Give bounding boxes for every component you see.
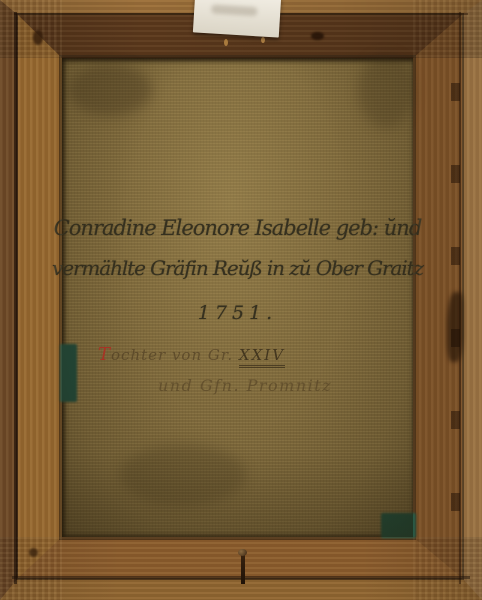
wood-mark (261, 37, 265, 43)
inscription-line-4-text: ochter von Gr. (111, 346, 239, 364)
inscription-line-4: Tochter von Gr. XXIV (98, 344, 285, 365)
painting-reverse-photo: Conradine Eleonore Isabelle geb: ŭnd ver… (0, 0, 482, 600)
inscription-line-2: vermählte Gräfin Reŭß in zŭ Ober Graitz (52, 256, 423, 280)
frame-gouge-right-deep (447, 292, 463, 362)
frame-back-face: Conradine Eleonore Isabelle geb: ŭnd ver… (18, 15, 462, 578)
frame-outer-edge: Conradine Eleonore Isabelle geb: ŭnd ver… (0, 0, 482, 600)
inscription-roman-numeral: XXIV (239, 346, 285, 368)
wood-knot (33, 30, 43, 45)
green-paint-patch-left (60, 344, 77, 402)
canvas-stain (68, 64, 152, 116)
inscription-year: 1751. (198, 302, 277, 324)
canvas-stain (120, 444, 246, 506)
canvas-back: Conradine Eleonore Isabelle geb: ŭnd ver… (62, 58, 413, 537)
paper-label-faded-writing (211, 4, 257, 16)
wood-mark (224, 39, 228, 46)
canvas-vignette (62, 58, 413, 537)
inscription-line-1: Conradine Eleonore Isabelle geb: ŭnd (54, 216, 422, 240)
wood-knot (29, 548, 38, 557)
canvas-stain (358, 54, 414, 128)
wood-knot (311, 32, 324, 40)
inscription-red-initial: T (98, 344, 111, 365)
nail-head (238, 549, 247, 556)
green-paint-patch-bottom-right (381, 513, 416, 538)
paper-label (193, 0, 281, 38)
inscription-line-5: und Gfn. Promnitz (158, 376, 332, 395)
